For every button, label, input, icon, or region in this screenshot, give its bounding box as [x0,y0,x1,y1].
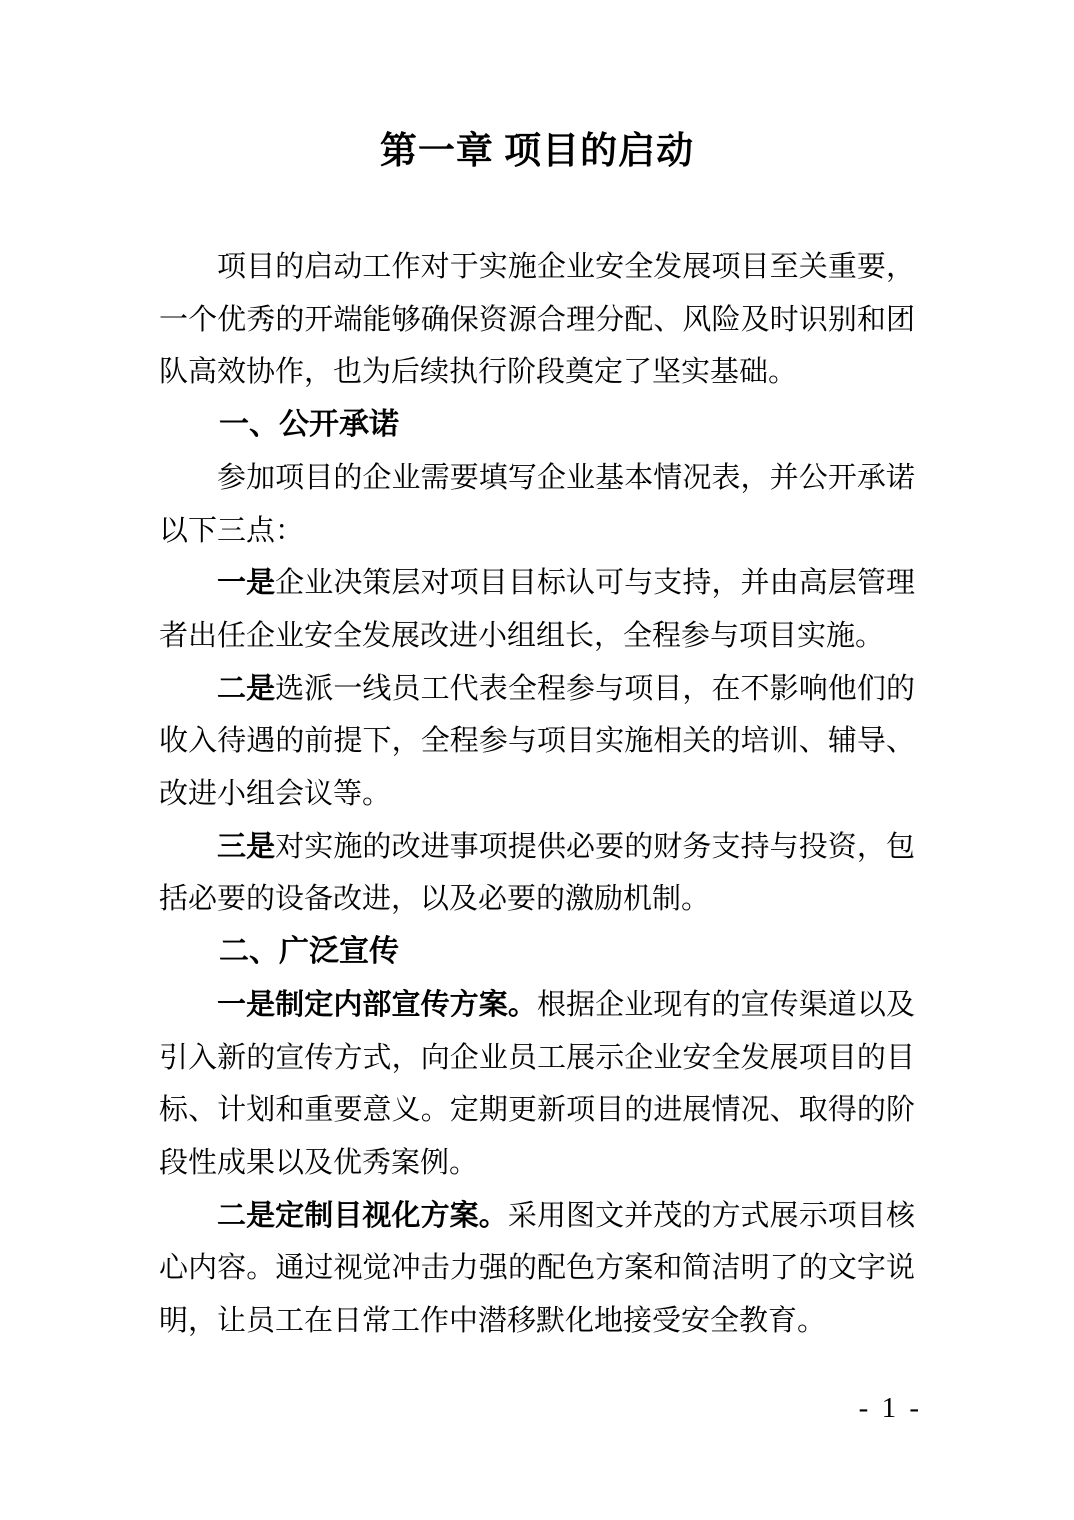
document-page: 第一章 项目的启动 项目的启动工作对于实施企业安全发展项目至关重要，一个优秀的开… [0,0,1074,1520]
section-heading: 二、广泛宣传 [159,926,915,979]
paragraph-lead: 一是 [217,567,275,599]
section-heading: 一、公开承诺 [159,399,915,452]
paragraph: 参加项目的企业需要填写企业基本情况表，并公开承诺以下三点： [159,452,915,557]
paragraph-lead: 一是制定内部宣传方案。 [217,989,537,1021]
paragraph: 二是定制目视化方案。采用图文并茂的方式展示项目核心内容。通过视觉冲击力强的配色方… [159,1190,915,1348]
paragraph: 三是对实施的改进事项提供必要的财务支持与投资，包括必要的设备改进，以及必要的激励… [159,821,915,926]
paragraph-lead: 二是 [217,673,275,705]
paragraph-lead: 二是定制目视化方案。 [217,1200,508,1232]
page-number: - 1 - [859,1388,922,1428]
document-body: 项目的启动工作对于实施企业安全发展项目至关重要，一个优秀的开端能够确保资源合理分… [159,241,915,1348]
paragraph: 项目的启动工作对于实施企业安全发展项目至关重要，一个优秀的开端能够确保资源合理分… [159,241,915,399]
paragraph: 一是企业决策层对项目目标认可与支持，并由高层管理者出任企业安全发展改进小组组长，… [159,557,915,662]
paragraph-lead: 三是 [217,831,275,863]
chapter-title: 第一章 项目的启动 [0,0,1074,177]
paragraph: 二是选派一线员工代表全程参与项目，在不影响他们的收入待遇的前提下，全程参与项目实… [159,663,915,821]
paragraph: 一是制定内部宣传方案。根据企业现有的宣传渠道以及引入新的宣传方式，向企业员工展示… [159,979,915,1190]
